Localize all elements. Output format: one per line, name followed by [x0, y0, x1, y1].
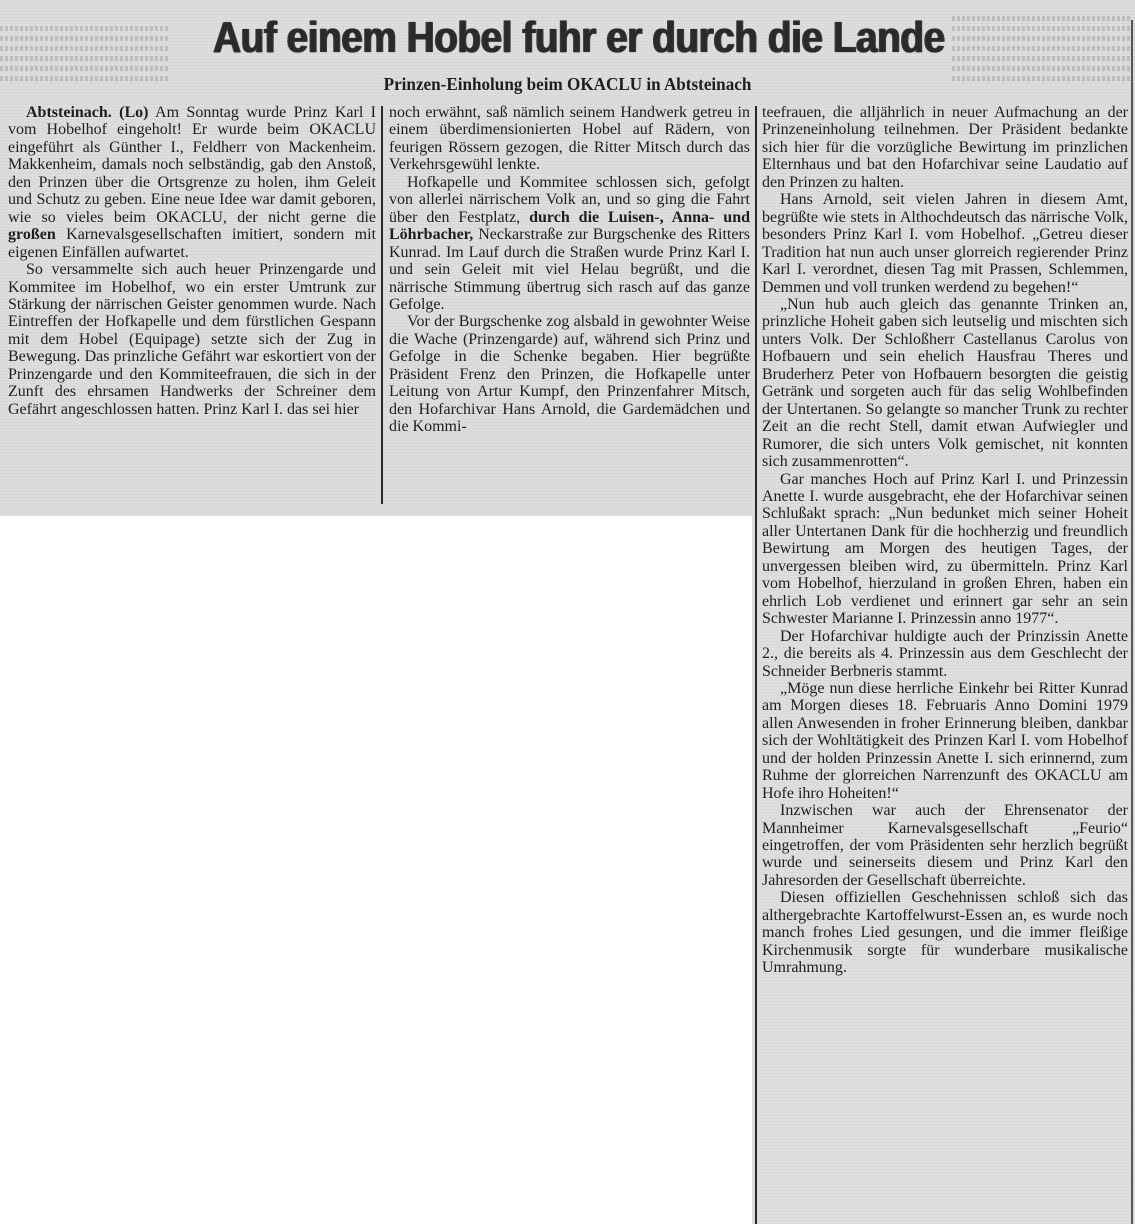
clipping-edge — [1131, 20, 1133, 1224]
article-column-1: Abtsteinach. (Lo) Am Sonntag wurde Prinz… — [8, 104, 376, 418]
headline: Auf einem Hobel fuhr er durch die Lande — [213, 12, 905, 64]
column-rule-2 — [755, 106, 757, 1224]
column-rule-1 — [381, 106, 383, 504]
paragraph: „Nun hub auch gleich das genannte Trinke… — [762, 296, 1128, 471]
paragraph-text: Am Sonntag wurde Prinz Karl I vom Hobelh… — [8, 104, 376, 226]
paragraph: „Möge nun diese herrliche Einkehr bei Ri… — [762, 680, 1128, 802]
paragraph: Inzwischen war auch der Ehrensenator der… — [762, 802, 1128, 889]
dateline: Abtsteinach. (Lo) — [26, 104, 149, 121]
paragraph: Hans Arnold, seit vielen Jahren in diese… — [762, 191, 1128, 296]
subheadline: Prinzen-Einholung beim OKACLU in Abtstei… — [28, 72, 1106, 96]
article-column-2: noch erwähnt, saß nämlich seinem Handwer… — [389, 104, 750, 436]
paragraph-bold-text: großen — [8, 226, 56, 243]
paragraph: So versammelte sich auch heuer Prinzenga… — [8, 261, 376, 418]
paragraph-text: Karnevalsgesellschaften imitiert, sonder… — [8, 226, 376, 260]
paragraph: Diesen offiziellen Geschehnissen schloß … — [762, 889, 1128, 976]
paragraph: Hofkapelle und Kommitee schlossen sich, … — [389, 174, 750, 314]
paragraph: noch erwähnt, saß nämlich seinem Handwer… — [389, 104, 750, 174]
paragraph: Gar manches Hoch auf Prinz Karl I. und P… — [762, 471, 1128, 628]
paragraph: Abtsteinach. (Lo) Am Sonntag wurde Prinz… — [8, 104, 376, 261]
article-column-3: teefrauen, die alljährlich in neuer Aufm… — [762, 104, 1128, 977]
paragraph: teefrauen, die alljährlich in neuer Aufm… — [762, 104, 1128, 191]
paragraph: Der Hofarchivar huldigte auch der Prinzi… — [762, 628, 1128, 680]
paragraph: Vor der Burgschenke zog alsbald in gewoh… — [389, 313, 750, 435]
